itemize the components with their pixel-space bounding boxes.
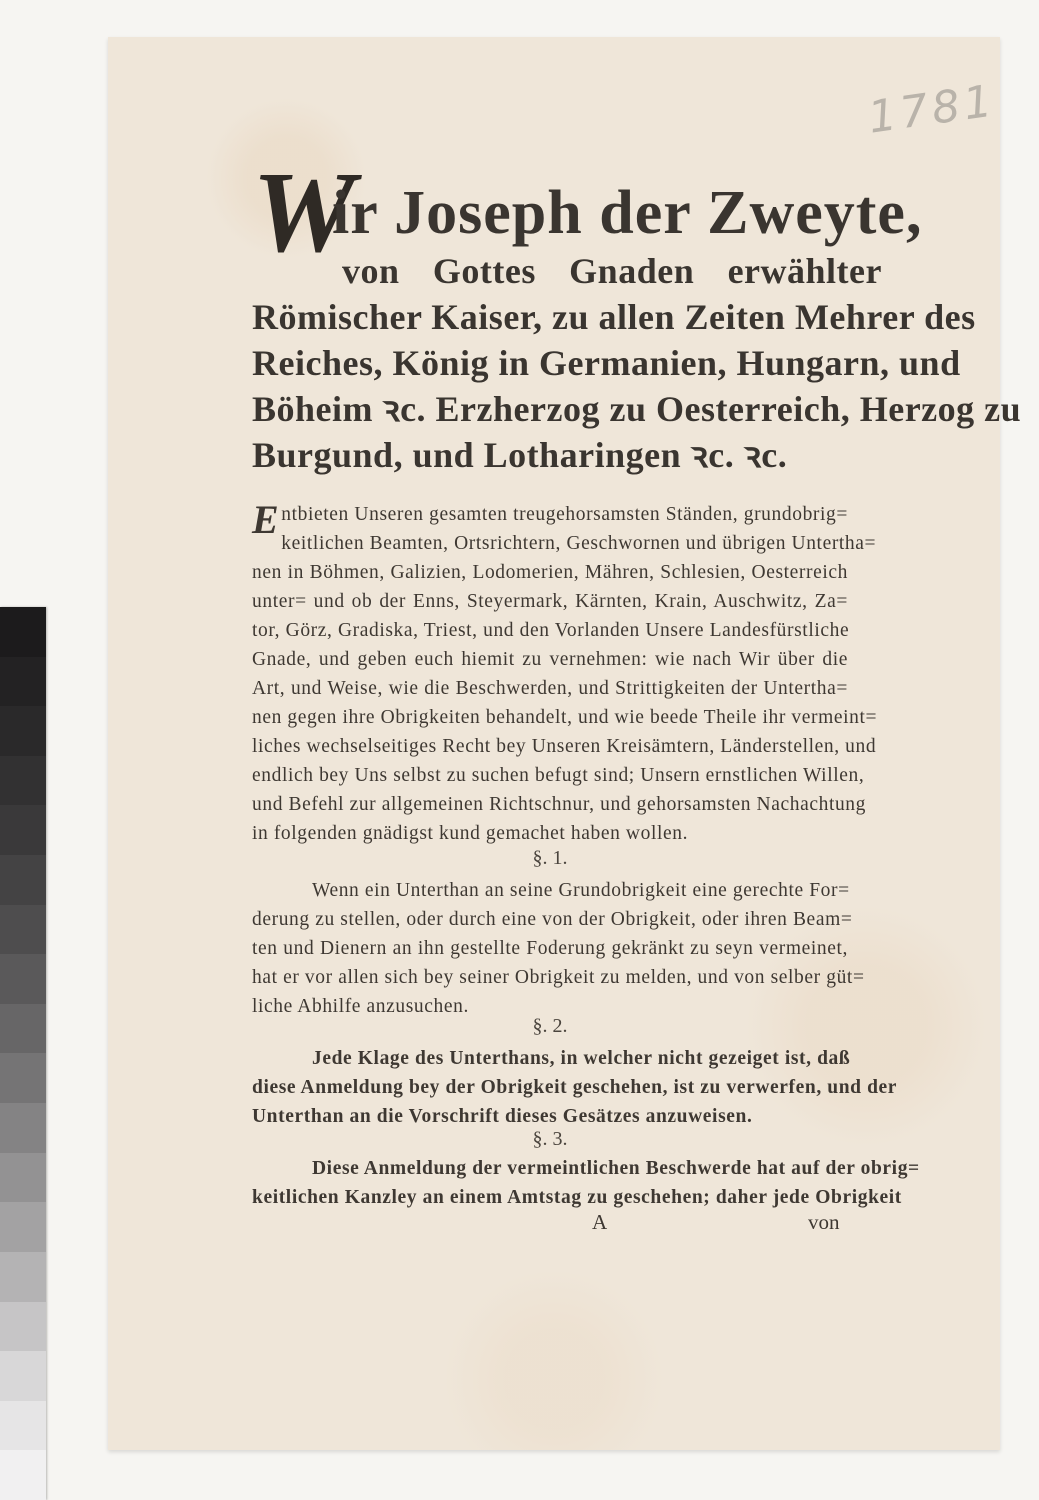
paragraph-line: ten und Dienern an ihn gestellte Foderun… <box>252 934 848 963</box>
paragraph-line: und Befehl zur allgemeinen Richtschnur, … <box>252 790 848 819</box>
scale-step <box>0 657 46 707</box>
scale-step <box>0 855 46 905</box>
paragraph-line: Jede Klage des Unterthans, in welcher ni… <box>252 1044 848 1073</box>
section-heading-2: §. 2. <box>252 1015 848 1038</box>
section-2-paragraph: Jede Klage des Unterthans, in welcher ni… <box>252 1044 848 1131</box>
section-heading-1: §. 1. <box>252 847 848 870</box>
title-line-1: Wir Joseph der Zweyte, <box>252 178 882 248</box>
title-line-2: von Gottes Gnaden erwählter <box>252 248 882 294</box>
decorative-initial-w: W <box>252 183 332 243</box>
decorative-initial-e: E <box>252 502 279 538</box>
intro-paragraph: Entbieten Unseren gesamten treugehorsams… <box>252 500 848 848</box>
section-heading-3: §. 3. <box>252 1128 848 1151</box>
paragraph-line: Wenn ein Unterthan an seine Grundobrigke… <box>252 876 848 905</box>
paragraph-line: Unterthan an die Vorschrift dieses Gesät… <box>252 1102 848 1131</box>
title-line-6: Burgund, und Lotharingen ꝛc. ꝛc. <box>252 432 882 478</box>
title-line-3: Römischer Kaiser, zu allen Zeiten Mehrer… <box>252 294 882 340</box>
paragraph-line: keitlichen Beamten, Ortsrichtern, Geschw… <box>252 529 848 558</box>
scale-step <box>0 607 46 657</box>
paragraph-line: liches wechselseitiges Recht bey Unseren… <box>252 732 848 761</box>
scale-step <box>0 1202 46 1252</box>
paragraph-line: endlich bey Uns selbst zu suchen befugt … <box>252 761 848 790</box>
scale-step <box>0 905 46 955</box>
paragraph-line: tor, Görz, Gradiska, Triest, und den Vor… <box>252 616 848 645</box>
scale-step <box>0 954 46 1004</box>
scale-step <box>0 706 46 756</box>
title-line-4: Reiches, König in Germanien, Hungarn, un… <box>252 340 882 386</box>
scale-step <box>0 1252 46 1302</box>
scale-step <box>0 756 46 806</box>
title-block: Wir Joseph der Zweyte, von Gottes Gnaden… <box>252 178 882 478</box>
grey-scale-calibration-bar <box>0 607 46 1500</box>
title-line-1-text: ir Joseph der Zweyte, <box>332 179 922 247</box>
paragraph-line: in folgenden gnädigst kund gemachet habe… <box>252 819 848 848</box>
scale-step <box>0 805 46 855</box>
scale-step <box>0 1302 46 1352</box>
scale-step <box>0 1004 46 1054</box>
paragraph-line: unter= und ob der Enns, Steyermark, Kärn… <box>252 587 848 616</box>
paragraph-line: nen in Böhmen, Galizien, Lodomerien, Mäh… <box>252 558 848 587</box>
scale-step <box>0 1450 46 1500</box>
paragraph-line: diese Anmeldung bey der Obrigkeit gesche… <box>252 1073 848 1102</box>
paragraph-line: Entbieten Unseren gesamten treugehorsams… <box>252 500 848 529</box>
section-3-paragraph: Diese Anmeldung der vermeintlichen Besch… <box>252 1154 848 1212</box>
paragraph-line: Diese Anmeldung der vermeintlichen Besch… <box>252 1154 848 1183</box>
paragraph-line: hat er vor allen sich bey seiner Obrigke… <box>252 963 848 992</box>
paragraph-line: derung zu stellen, oder durch eine von d… <box>252 905 848 934</box>
scale-step <box>0 1153 46 1203</box>
section-1-paragraph: Wenn ein Unterthan an seine Grundobrigke… <box>252 876 848 1021</box>
scale-step <box>0 1351 46 1401</box>
paragraph-line: Gnade, und geben euch hiemit zu vernehme… <box>252 645 848 674</box>
paragraph-line: nen gegen ihre Obrigkeiten behandelt, un… <box>252 703 848 732</box>
scale-step <box>0 1401 46 1451</box>
scale-step <box>0 1053 46 1103</box>
catchword: von <box>808 1210 840 1235</box>
signature-mark: A <box>592 1210 607 1235</box>
paragraph-line: Art, und Weise, wie die Beschwerden, und… <box>252 674 848 703</box>
title-line-5: Böheim ꝛc. Erzherzog zu Oesterreich, Her… <box>252 386 882 432</box>
scale-step <box>0 1103 46 1153</box>
paragraph-line: keitlichen Kanzley an einem Amtstag zu g… <box>252 1183 848 1212</box>
